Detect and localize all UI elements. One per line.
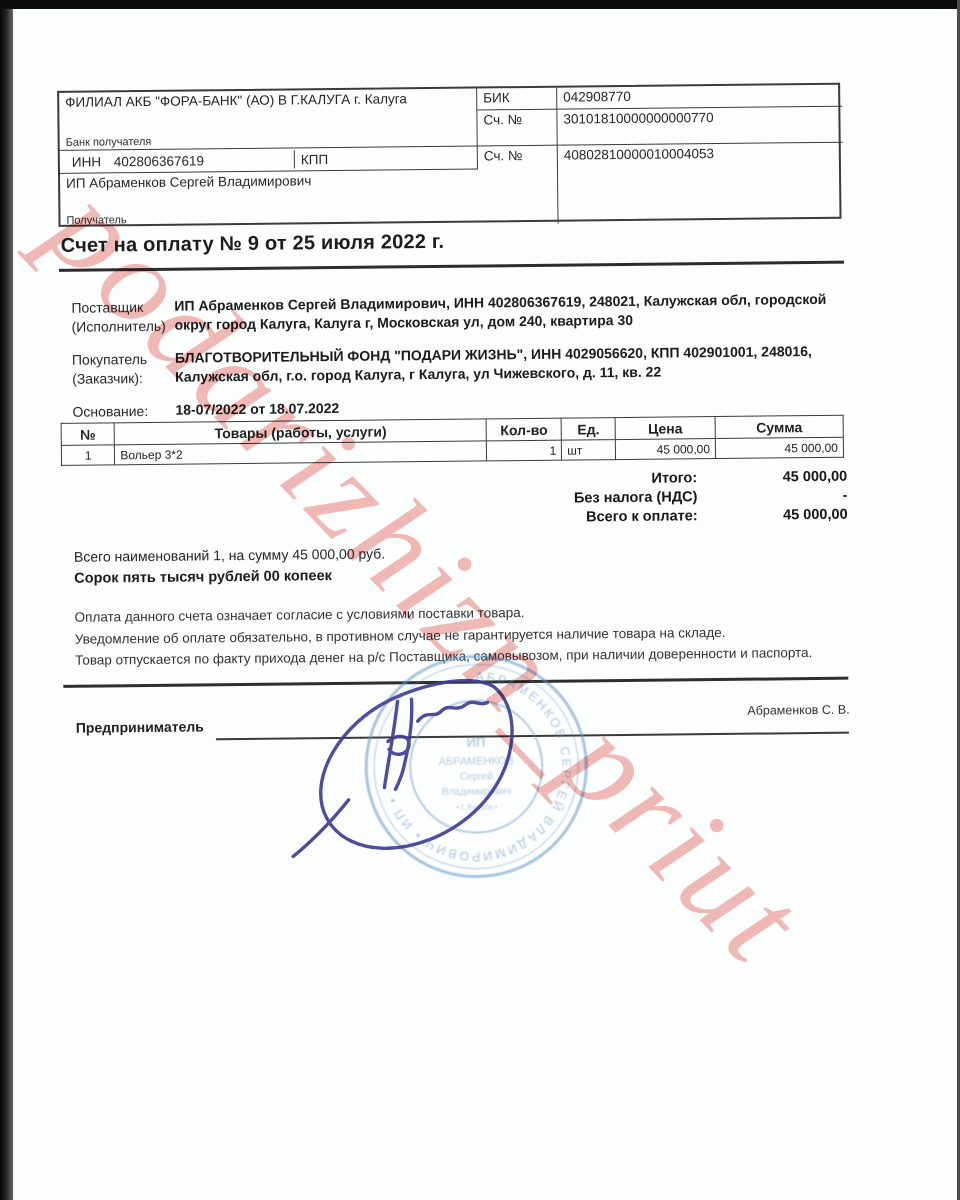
bank-name: ФИЛИАЛ АКБ "ФОРА-БАНК" (АО) В Г.КАЛУГА г… <box>65 91 470 110</box>
items-count-line: Всего наименований 1, на сумму 45 000,00… <box>74 546 385 565</box>
corr-account-label: Сч. № <box>477 110 557 147</box>
items-table: № Товары (работы, услуги) Кол-во Ед. Цен… <box>61 415 844 466</box>
recipient-name: ИП Абраменков Сергей Владимирович <box>66 172 472 191</box>
item-unit: шт <box>562 440 616 461</box>
buyer-label-line2: (Заказчик): <box>72 368 147 387</box>
buyer-label-line1: Покупатель <box>72 350 147 369</box>
supplier-label-line1: Поставщик <box>71 298 165 317</box>
account-label: Сч. № <box>478 146 559 225</box>
bank-requisites-table: ФИЛИАЛ АКБ "ФОРА-БАНК" (АО) В Г.КАЛУГА г… <box>57 83 841 227</box>
buyer-value: БЛАГОТВОРИТЕЛЬНЫЙ ФОНД "ПОДАРИ ЖИЗНЬ", И… <box>175 342 847 386</box>
handwritten-signature <box>255 648 557 881</box>
bik-label: БИК <box>477 88 557 111</box>
total-value: 45 000,00 <box>697 469 847 487</box>
recipient-label: Получатель <box>66 214 126 227</box>
due-label: Всего к оплате: <box>586 508 698 525</box>
due-row: Всего к оплате: 45 000,00 <box>574 507 848 526</box>
buyer-label: Покупатель (Заказчик): <box>72 350 148 388</box>
title-rule <box>59 261 844 272</box>
total-row: Итого: 45 000,00 <box>574 469 848 488</box>
bank-name-cell: ФИЛИАЛ АКБ "ФОРА-БАНК" (АО) В Г.КАЛУГА г… <box>59 89 478 151</box>
inn-value: 402806367619 <box>114 153 204 168</box>
item-sum: 45 000,00 <box>715 437 843 458</box>
totals-block: Итого: 45 000,00 Без налога (НДС) - Всег… <box>574 469 848 529</box>
signer-role-label: Предприниматель <box>76 718 204 735</box>
col-header-qty: Кол-во <box>486 418 561 441</box>
invoice-title: Счет на оплату № 9 от 25 июля 2022 г. <box>61 231 445 258</box>
supplier-label-line2: (Исполнитель) <box>71 316 165 335</box>
col-header-num: № <box>61 423 115 446</box>
signer-name: Абраменков С. В. <box>747 703 849 718</box>
invoice-page: ФИЛИАЛ АКБ "ФОРА-БАНК" (АО) В Г.КАЛУГА г… <box>13 9 957 1200</box>
col-header-price: Цена <box>615 417 715 440</box>
inn-label: ИНН <box>72 154 114 168</box>
recipient-cell: ИП Абраменков Сергей Владимирович Получа… <box>60 170 479 229</box>
item-price: 45 000,00 <box>615 439 715 460</box>
kpp-label: КПП <box>294 149 471 169</box>
tax-label: Без налога (НДС) <box>574 489 698 506</box>
inn-part: ИНН 402806367619 <box>66 150 294 170</box>
item-name: Вольер 3*2 <box>115 441 487 465</box>
corr-account-value: 30101810000000000770 <box>557 107 842 146</box>
item-qty: 1 <box>487 440 562 461</box>
basis-value: 18-07/2022 от 18.07.2022 <box>175 397 575 420</box>
col-header-sum: Сумма <box>715 415 843 438</box>
tax-row: Без налога (НДС) - <box>574 488 848 507</box>
account-value: 40802810000010004053 <box>558 143 844 224</box>
tax-value: - <box>697 488 847 506</box>
due-value: 45 000,00 <box>698 507 848 525</box>
bik-value: 042908770 <box>557 85 842 110</box>
invoice-document: ФИЛИАЛ АКБ "ФОРА-БАНК" (АО) В Г.КАЛУГА г… <box>8 4 960 1200</box>
amount-in-words: Сорок пять тысяч рублей 00 копеек <box>74 568 332 587</box>
basis-label: Основание: <box>72 402 148 421</box>
supplier-value: ИП Абраменков Сергей Владимирович, ИНН 4… <box>174 290 846 334</box>
item-num: 1 <box>61 445 115 466</box>
supplier-label: Поставщик (Исполнитель) <box>71 298 166 336</box>
bank-label: Банк получателя <box>66 136 152 149</box>
total-label: Итого: <box>651 470 697 486</box>
col-header-unit: Ед. <box>561 418 615 441</box>
